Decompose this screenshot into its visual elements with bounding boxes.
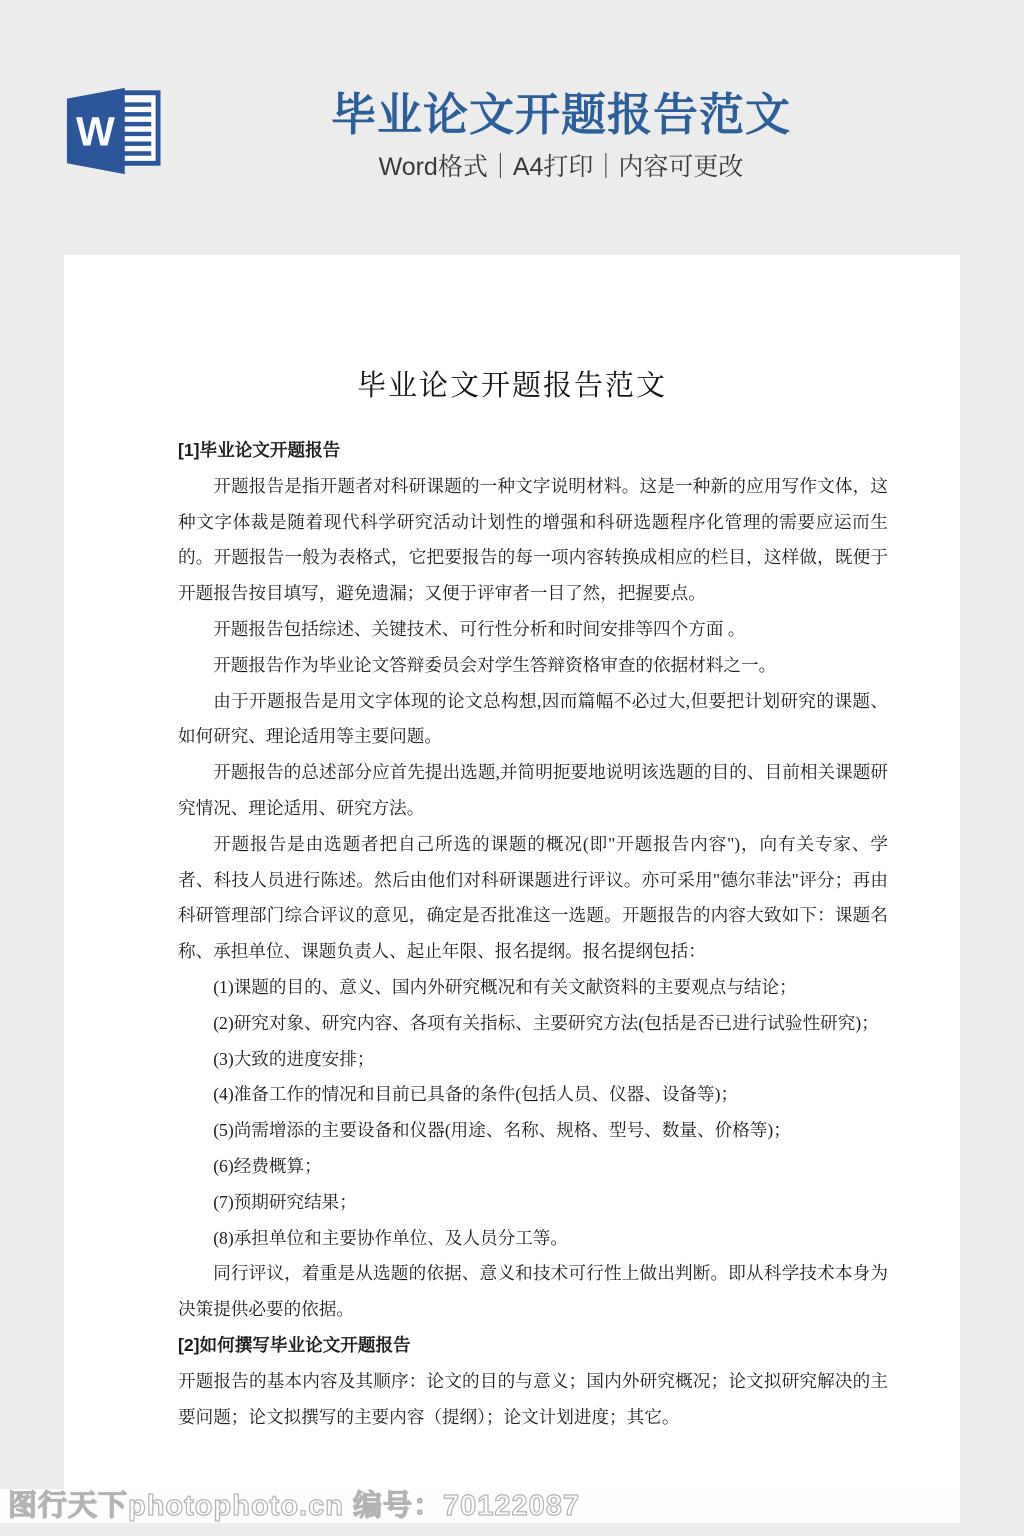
paragraph: (8)承担单位和主要协作单位、及人员分工等。 [178, 1221, 888, 1257]
paragraph: (4)准备工作的情况和目前已具备的条件(包括人员、仪器、设备等)； [178, 1077, 888, 1113]
paragraph: (3)大致的进度安排； [178, 1042, 888, 1078]
document-page: 毕业论文开题报告范文 [1]毕业论文开题报告开题报告是指开题者对科研课题的一种文… [64, 255, 960, 1523]
svg-text:W: W [76, 109, 115, 155]
paragraph: (6)经费概算； [178, 1149, 888, 1185]
paragraph: (2)研究对象、研究内容、各项有关指标、主要研究方法(包括是否已进行试验性研究)… [178, 1006, 888, 1042]
paragraph: 开题报告包括综述、关键技术、可行性分析和时间安排等四个方面 。 [178, 612, 888, 648]
section-heading: [2]如何撰写毕业论文开题报告 [178, 1328, 888, 1364]
document-body: [1]毕业论文开题报告开题报告是指开题者对科研课题的一种文字说明材料。这是一种新… [178, 433, 888, 1435]
template-title: 毕业论文开题报告范文 [162, 90, 960, 140]
section-heading: [1]毕业论文开题报告 [178, 433, 888, 469]
paragraph: (1)课题的目的、意义、国内外研究概况和有关文献资料的主要观点与结论； [178, 970, 888, 1006]
document-title: 毕业论文开题报告范文 [64, 255, 960, 407]
paragraph: (5)尚需增添的主要设备和仪器(用途、名称、规格、型号、数量、价格等)； [178, 1113, 888, 1149]
paragraph: 同行评议，着重是从选题的依据、意义和技术可行性上做出判断。即从科学技术本身为决策… [178, 1256, 888, 1328]
site-watermark: 图行天下photophoto.cn 编号：70122087 [8, 1489, 580, 1523]
template-subtitle: Word格式｜A4打印｜内容可更改 [162, 152, 960, 182]
header-text-block: 毕业论文开题报告范文 Word格式｜A4打印｜内容可更改 [162, 82, 960, 182]
paragraph: 开题报告是由选题者把自己所选的课题的概况(即"开题报告内容")，向有关专家、学者… [178, 827, 888, 970]
paragraph: 开题报告的总述部分应首先提出选题,并简明扼要地说明该选题的目的、目前相关课题研究… [178, 755, 888, 827]
paragraph: 由于开题报告是用文字体现的论文总构想,因而篇幅不必过大,但要把计划研究的课题、如… [178, 684, 888, 756]
paragraph: (7)预期研究结果； [178, 1185, 888, 1221]
paragraph: 开题报告的基本内容及其顺序：论文的目的与意义；国内外研究概况；论文拟研究解决的主… [178, 1364, 888, 1436]
word-icon: W [64, 82, 162, 178]
paragraph: 开题报告是指开题者对科研课题的一种文字说明材料。这是一种新的应用写作文体，这种文… [178, 469, 888, 612]
header: W 毕业论文开题报告范文 Word格式｜A4打印｜内容可更改 [0, 0, 1024, 255]
paragraph: 开题报告作为毕业论文答辩委员会对学生答辩资格审查的依据材料之一。 [178, 648, 888, 684]
